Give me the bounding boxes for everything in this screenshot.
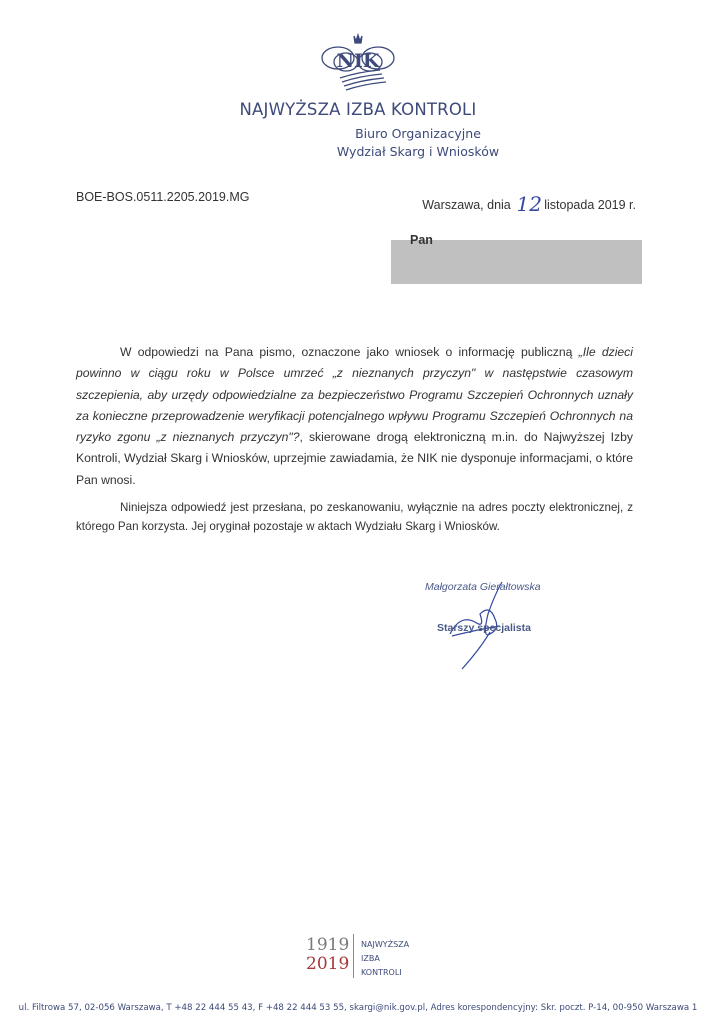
nik-logo-icon: NIK — [318, 32, 398, 96]
jubilee-year-start: 1919 — [306, 936, 349, 955]
svg-text:NIK: NIK — [337, 50, 381, 72]
jubilee-divider — [353, 934, 354, 978]
date-suffix: listopada 2019 r. — [544, 198, 636, 212]
body-paragraph-2: Niniejsza odpowiedź jest przesłana, po z… — [76, 498, 633, 536]
reference-number: BOE-BOS.0511.2205.2019.MG — [76, 190, 249, 204]
jubilee-years: 1919 2019 — [306, 936, 349, 974]
division-name: Wydział Skarg i Wniosków — [60, 144, 716, 159]
jubilee-label-line: NAJWYŻSZA — [361, 938, 409, 952]
addressee-salutation: Pan — [410, 233, 433, 247]
paragraph-2-text: Niniejsza odpowiedź jest przesłana, po z… — [76, 501, 633, 533]
jubilee-year-end: 2019 — [306, 955, 349, 974]
jubilee-label-line: KONTROLI — [361, 966, 409, 980]
signatory-title: Starszy specjalista — [437, 622, 531, 634]
department-name: Biuro Organizacyjne — [60, 126, 716, 141]
body-paragraph-1: W odpowiedzi na Pana pismo, oznaczone ja… — [76, 342, 633, 491]
handwritten-day: 12 — [514, 192, 544, 216]
paragraph-intro: W odpowiedzi na Pana pismo, oznaczone ja… — [120, 345, 579, 359]
date-prefix: Warszawa, dnia — [422, 198, 510, 212]
date-line: Warszawa, dnia 12listopada 2019 r. — [422, 190, 636, 214]
jubilee-label: NAJWYŻSZA IZBA KONTROLI — [361, 938, 409, 980]
footer-address: ul. Filtrowa 57, 02-056 Warszawa, T +48 … — [0, 1003, 716, 1013]
jubilee-label-line: IZBA — [361, 952, 409, 966]
organization-name: NAJWYŻSZA IZBA KONTROLI — [0, 100, 716, 119]
